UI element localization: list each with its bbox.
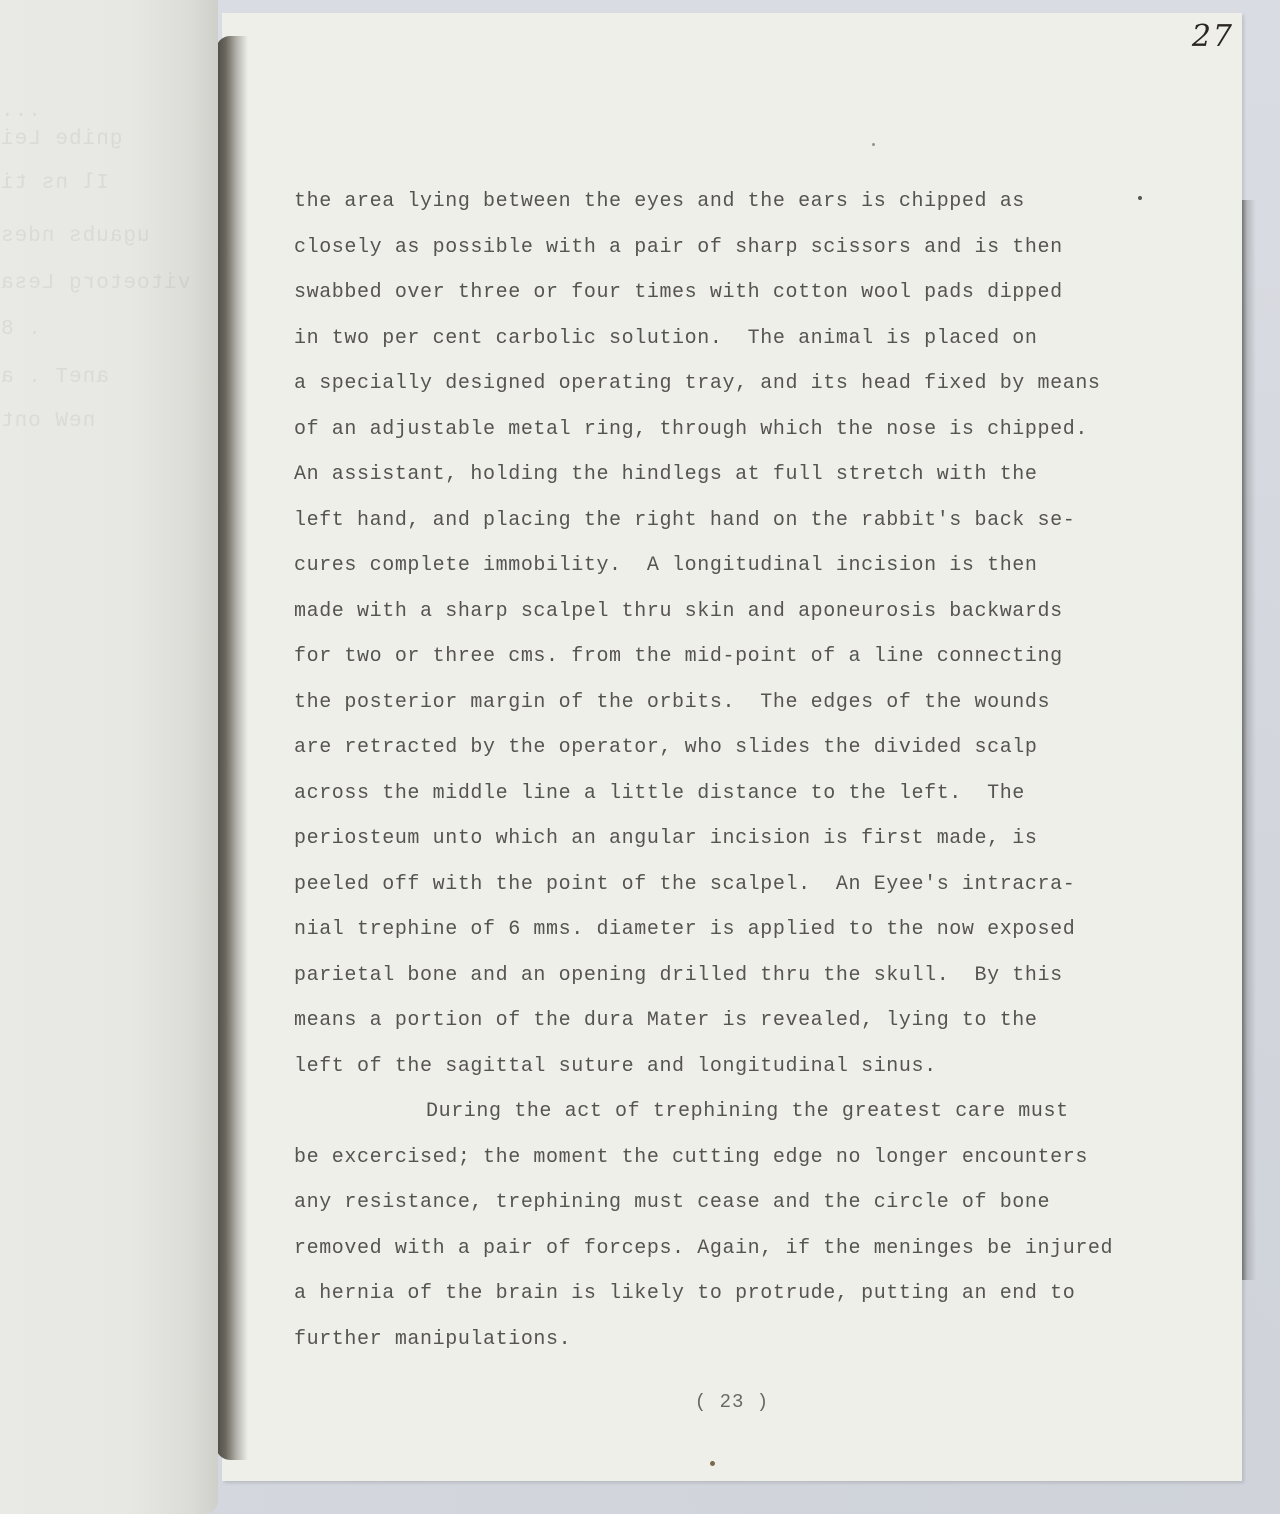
text-line: left hand, and placing the right hand on… [294,498,1194,544]
handwritten-folio-number: 27 [1192,19,1234,54]
text-line: means a portion of the dura Mater is rev… [294,998,1194,1044]
showthrough-text: vitoetorg Lesa [0,272,190,295]
page-number: ( 23 ) [222,1391,1242,1413]
text-line: the posterior margin of the orbits. The … [294,680,1194,726]
text-line: for two or three cms. from the mid-point… [294,634,1194,680]
text-line: An assistant, holding the hindlegs at fu… [294,452,1194,498]
text-line: made with a sharp scalpel thru skin and … [294,589,1194,635]
text-line: parietal bone and an opening drilled thr… [294,953,1194,999]
text-line: periosteum unto which an angular incisio… [294,816,1194,862]
showthrough-text: Il ns ti [0,172,109,195]
paragraph-1: the area lying between the eyes and the … [294,179,1194,1089]
text-line: swabbed over three or four times with co… [294,270,1194,316]
text-line: cures complete immobility. A longitudina… [294,543,1194,589]
stray-ink-mark [710,1461,715,1466]
text-line: are retracted by the operator, who slide… [294,725,1194,771]
showthrough-text: ugaubs ndes [0,225,150,248]
text-line: be excercised; the moment the cutting ed… [294,1135,1194,1181]
stray-ink-mark [872,143,875,146]
showthrough-text: gnibe Lei [0,128,122,151]
showthrough-text: aneT . a [0,366,109,389]
text-line: in two per cent carbolic solution. The a… [294,316,1194,362]
showthrough-text: ... [0,100,41,123]
showthrough-text: . 8 [0,318,41,341]
body-text: the area lying between the eyes and the … [294,179,1194,1362]
text-line: closely as possible with a pair of sharp… [294,225,1194,271]
text-line: a specially designed operating tray, and… [294,361,1194,407]
text-line: nial trephine of 6 mms. diameter is appl… [294,907,1194,953]
text-line: left of the sagittal suture and longitud… [294,1044,1194,1090]
typescript-page: 27 the area lying between the eyes and t… [222,13,1242,1481]
left-facing-page: ... gnibe Lei Il ns ti ugaubs ndes vitoe… [0,0,218,1514]
text-line: of an adjustable metal ring, through whi… [294,407,1194,453]
text-line: any resistance, trephining must cease an… [294,1180,1194,1226]
paragraph-2: During the act of trephining the greates… [294,1089,1194,1362]
text-line: the area lying between the eyes and the … [294,179,1194,225]
text-line: a hernia of the brain is likely to protr… [294,1271,1194,1317]
text-line: across the middle line a little distance… [294,771,1194,817]
text-line: During the act of trephining the greates… [294,1089,1194,1135]
text-line: removed with a pair of forceps. Again, i… [294,1226,1194,1272]
page-gutter-shadow [216,36,248,1460]
showthrough-text: neW ont [0,410,95,433]
text-line: peeled off with the point of the scalpel… [294,862,1194,908]
page-edge-shadow [1242,200,1256,1280]
text-line: further manipulations. [294,1317,1194,1363]
